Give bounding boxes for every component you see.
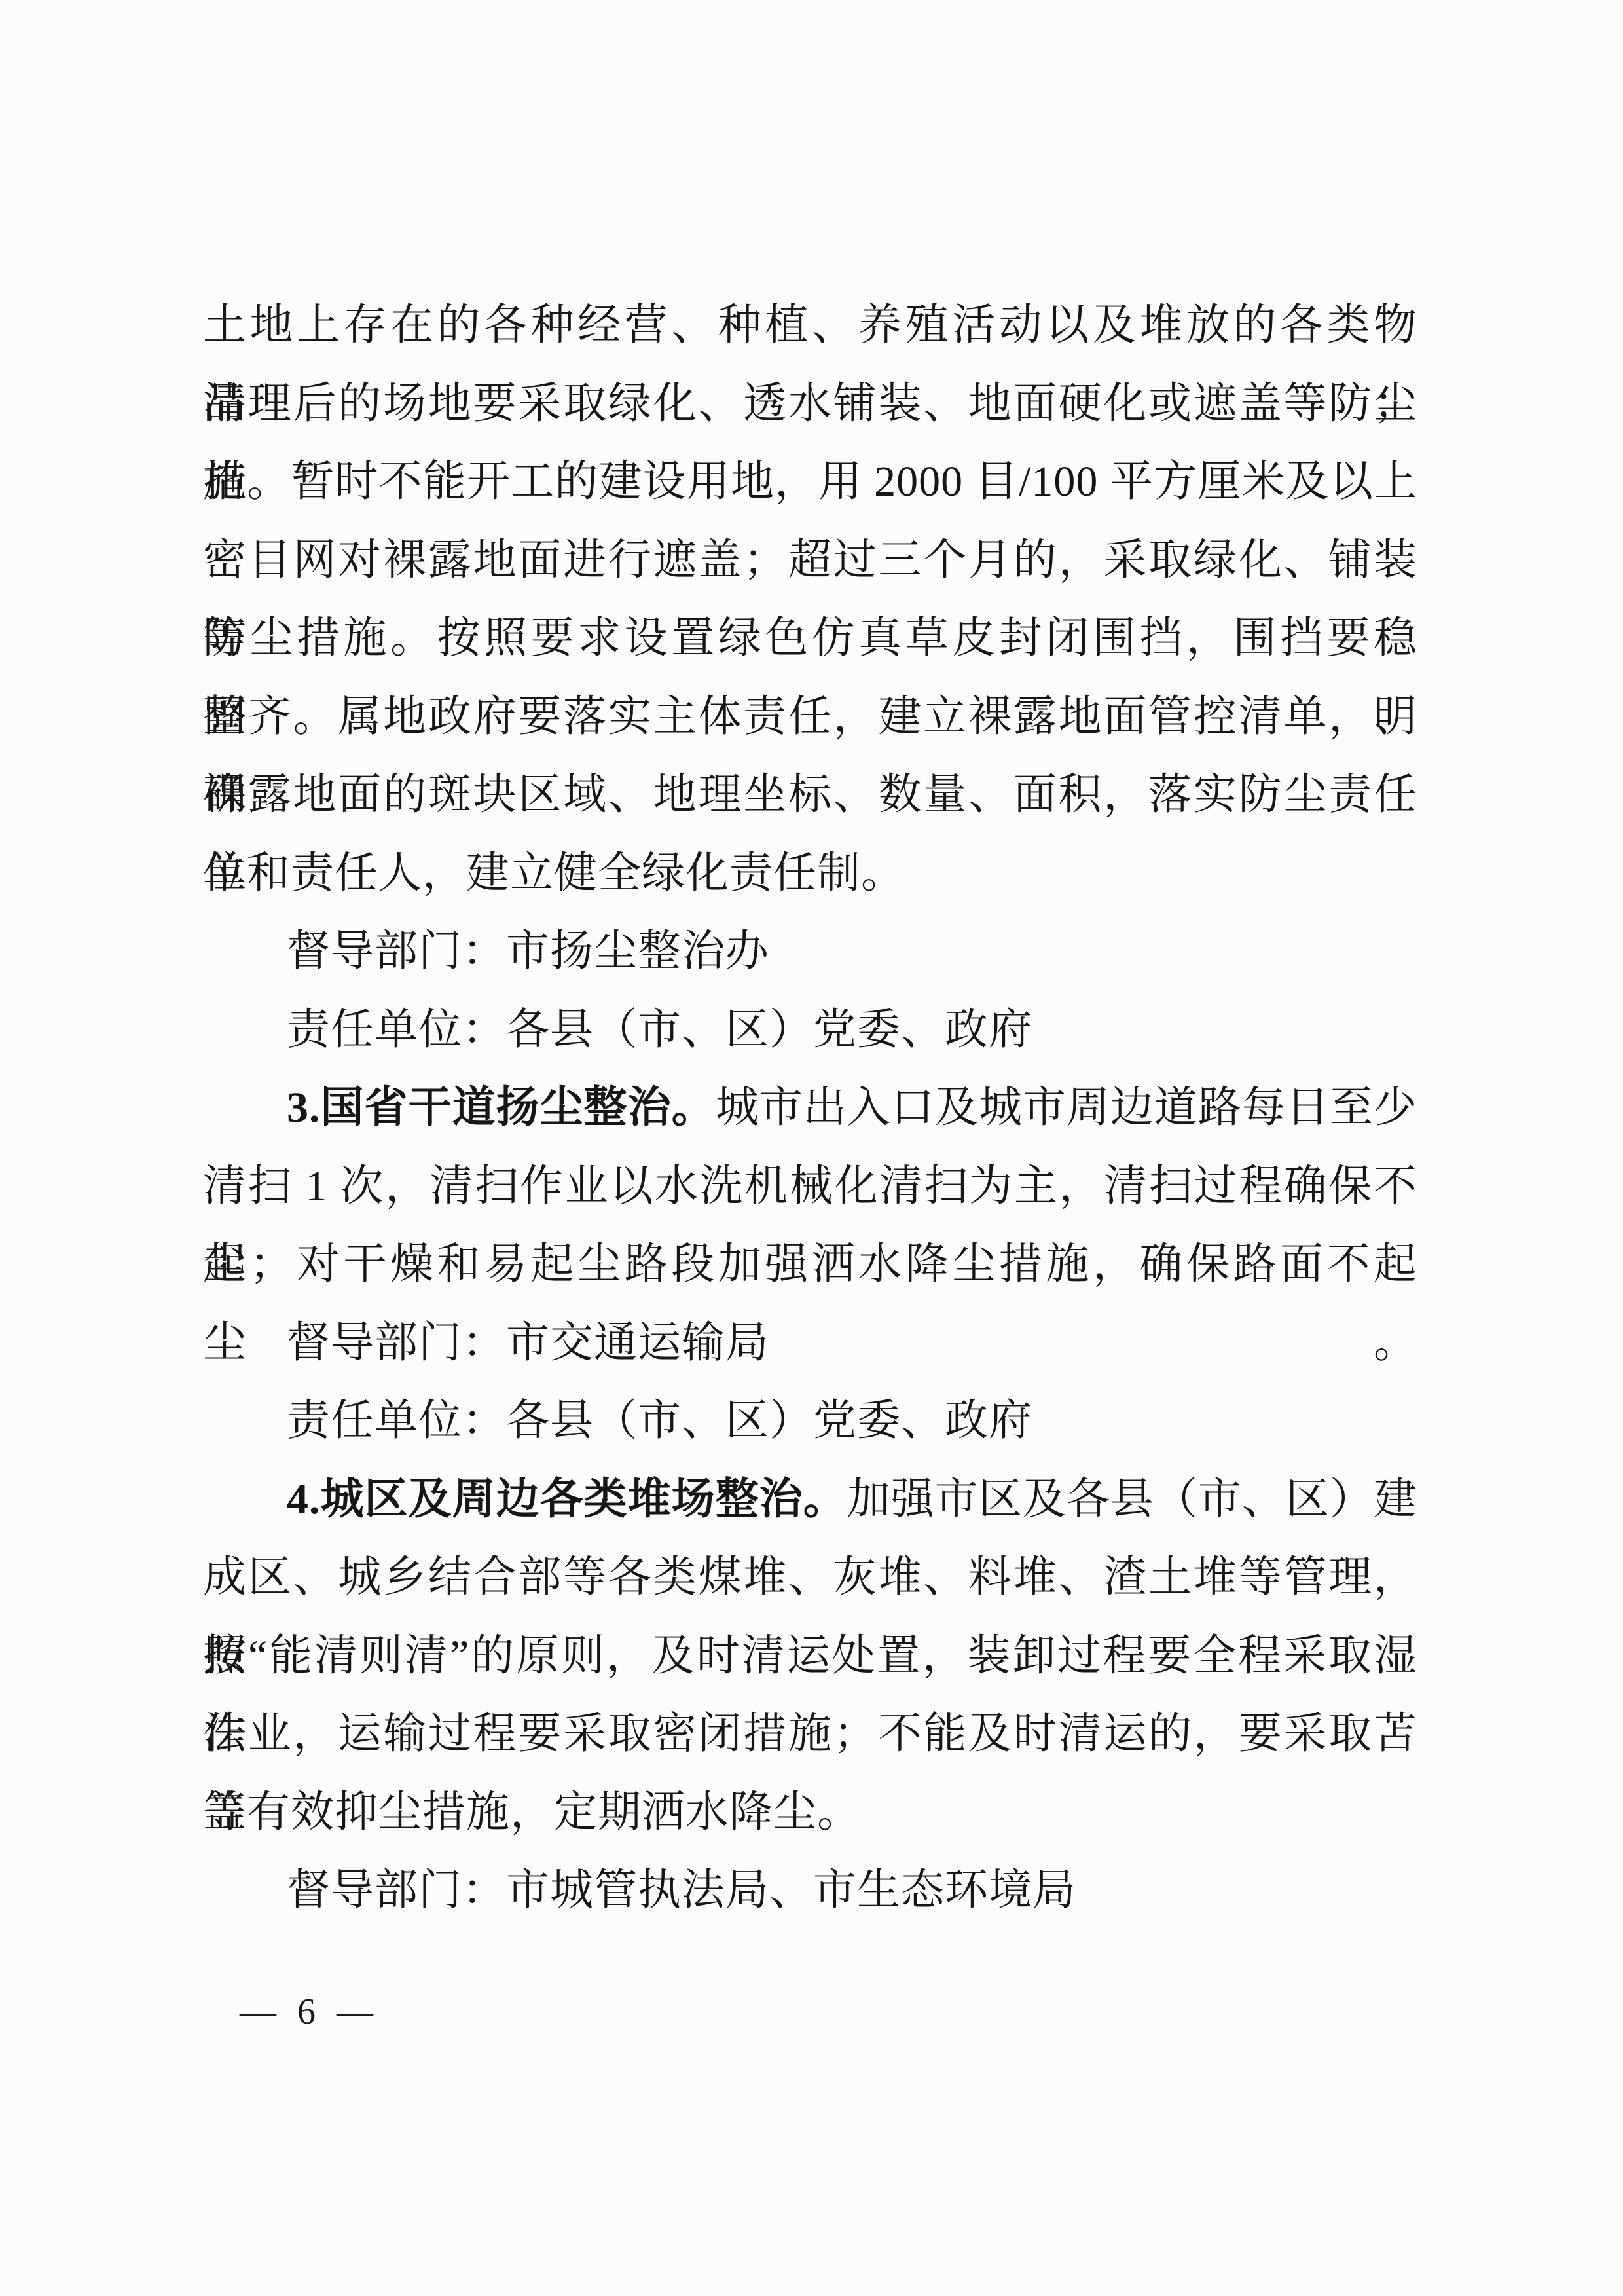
supervising-department-line-1: 督导部门：市扬尘整治办 — [203, 912, 1417, 991]
section-3-heading: 3.国省干道扬尘整治。 — [287, 1084, 716, 1132]
text-line-18: 照“能清则清”的原则，及时清运处置，装卸过程要全程采取湿法 — [203, 1617, 1417, 1695]
text-line-8: 位和责任人，建立健全绿化责任制。 — [203, 834, 1417, 913]
text-line-4: 密目网对裸露地面进行遮盖；超过三个月的，采取绿化、铺装等 — [203, 521, 1417, 600]
text-line-20: 等有效抑尘措施，定期洒水降尘。 — [203, 1773, 1417, 1852]
section-3-lead-text: 城市出入口及城市周边道路每日至少 — [716, 1084, 1417, 1132]
supervising-department-line-3: 督导部门：市城管执法局、市生态环境局 — [203, 1851, 1417, 1930]
text-line-6: 整齐。属地政府要落实主体责任，建立裸露地面管控清单，明确 — [203, 678, 1417, 756]
text-line-17: 成区、城乡结合部等各类煤堆、灰堆、料堆、渣土堆等管理，按 — [203, 1538, 1417, 1617]
text-line-13: 尘；对干燥和易起尘路段加强洒水降尘措施，确保路面不起尘。 — [203, 1225, 1417, 1304]
text-line-19: 作业，运输过程要采取密闭措施；不能及时清运的，要采取苫盖 — [203, 1695, 1417, 1773]
section-3-first-line: 3.国省干道扬尘整治。城市出入口及城市周边道路每日至少 — [203, 1069, 1417, 1147]
text-line-3: 施。暂时不能开工的建设用地，用 2000 目/100 平方厘米及以上 — [203, 443, 1417, 521]
document-page: 土地上存在的各种经营、种植、养殖活动以及堆放的各类物品； 清理后的场地要采取绿化… — [0, 0, 1623, 2296]
section-4-heading: 4.城区及周边各类堆场整治。 — [287, 1475, 847, 1523]
responsible-unit-line-1: 责任单位：各县（市、区）党委、政府 — [203, 991, 1417, 1069]
section-4-lead-text: 加强市区及各县（市、区）建 — [847, 1475, 1417, 1523]
text-line-2: 清理后的场地要采取绿化、透水铺装、地面硬化或遮盖等防尘措 — [203, 365, 1417, 443]
responsible-unit-line-2: 责任单位：各县（市、区）党委、政府 — [203, 1382, 1417, 1460]
page-number: — 6 — — [240, 1992, 373, 2031]
text-line-5: 防尘措施。按照要求设置绿色仿真草皮封闭围挡，围挡要稳固、 — [203, 599, 1417, 678]
text-line-1: 土地上存在的各种经营、种植、养殖活动以及堆放的各类物品； — [203, 286, 1417, 365]
text-line-7: 裸露地面的斑块区域、地理坐标、数量、面积，落实防尘责任单 — [203, 756, 1417, 834]
section-4-first-line: 4.城区及周边各类堆场整治。加强市区及各县（市、区）建 — [203, 1460, 1417, 1539]
text-line-12: 清扫 1 次，清扫作业以水洗机械化清扫为主，清扫过程确保不起 — [203, 1147, 1417, 1226]
document-body: 土地上存在的各种经营、种植、养殖活动以及堆放的各类物品； 清理后的场地要采取绿化… — [203, 286, 1417, 1930]
